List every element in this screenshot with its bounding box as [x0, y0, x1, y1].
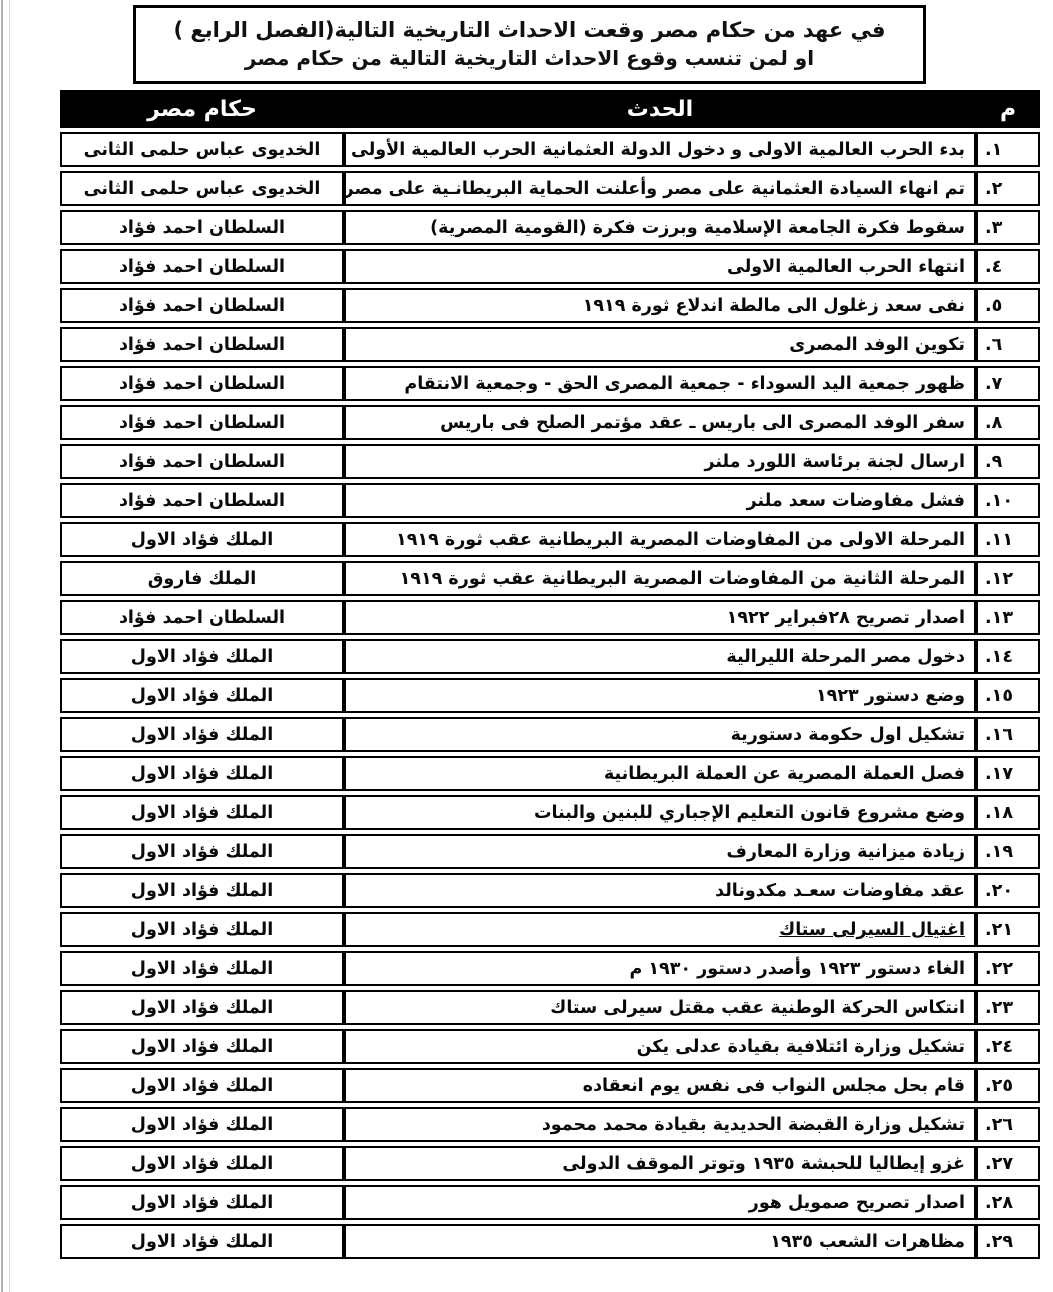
table-row: ١٦.تشكيل اول حكومة دستوريةالملك فؤاد الا… — [60, 717, 1040, 752]
table-row: ١٠.فشل مفاوضات سعد ملنرالسلطان احمد فؤاد — [60, 483, 1040, 518]
ruler-cell: السلطان احمد فؤاد — [60, 444, 344, 479]
event-cell: تشكيل وزارة القبضة الحديدية بقيادة محمد … — [344, 1107, 976, 1142]
event-cell: الغاء دستور ١٩٢٣ وأصدر دستور ١٩٣٠ م — [344, 951, 976, 986]
table-row: ١٥.وضع دستور ١٩٢٣الملك فؤاد الاول — [60, 678, 1040, 713]
table-row: ١٢.المرحلة الثانية من المفاوضات المصرية … — [60, 561, 1040, 596]
table-row: ٢٥.قام بحل مجلس النواب فى نفس يوم انعقاد… — [60, 1068, 1040, 1103]
event-cell: تشكيل وزارة ائتلافية بقيادة عدلى يكن — [344, 1029, 976, 1064]
event-cell: فشل مفاوضات سعد ملنر — [344, 483, 976, 518]
column-header-event: الحدث — [344, 90, 976, 128]
event-cell: بدء الحرب العالمية الاولى و دخول الدولة … — [344, 132, 976, 167]
event-cell: وضع مشروع قانون التعليم الإجباري للبنين … — [344, 795, 976, 830]
row-number-cell: ٢٧. — [976, 1146, 1040, 1181]
ruler-cell: الملك فؤاد الاول — [60, 1107, 344, 1142]
event-cell: انتكاس الحركة الوطنية عقب مقتل سيرلى ستا… — [344, 990, 976, 1025]
event-cell: غزو إيطاليا للحبشة ١٩٣٥ وتوتر الموقف الد… — [344, 1146, 976, 1181]
ruler-cell: الملك فؤاد الاول — [60, 1185, 344, 1220]
row-number-cell: ١٦. — [976, 717, 1040, 752]
event-cell: زيادة ميزانية وزارة المعارف — [344, 834, 976, 869]
table-row: ١٨.وضع مشروع قانون التعليم الإجباري للبن… — [60, 795, 1040, 830]
row-number-cell: ١٢. — [976, 561, 1040, 596]
ruler-cell: الملك فؤاد الاول — [60, 717, 344, 752]
table-row: ٢٧.غزو إيطاليا للحبشة ١٩٣٥ وتوتر الموقف … — [60, 1146, 1040, 1181]
table-row: ٢.تم انهاء السيادة العثمانية على مصر وأع… — [60, 171, 1040, 206]
table-row: ٢٩.مظاهرات الشعب ١٩٣٥الملك فؤاد الاول — [60, 1224, 1040, 1259]
row-number-cell: ٥. — [976, 288, 1040, 323]
event-cell: مظاهرات الشعب ١٩٣٥ — [344, 1224, 976, 1259]
row-number-cell: ٢. — [976, 171, 1040, 206]
ruler-cell: الملك فؤاد الاول — [60, 522, 344, 557]
historical-events-table: م الحدث حكام مصر ١.بدء الحرب العالمية ال… — [60, 86, 1040, 1263]
table-row: ١١.المرحلة الاولى من المفاوضات المصرية ا… — [60, 522, 1040, 557]
table-row: ٢١.اغتيال السيرلى ستاكالملك فؤاد الاول — [60, 912, 1040, 947]
row-number-cell: ٩. — [976, 444, 1040, 479]
row-number-cell: ٢٨. — [976, 1185, 1040, 1220]
event-cell: المرحلة الاولى من المفاوضات المصرية البر… — [344, 522, 976, 557]
table-row: ٢٠.عقد مفاوضات سعـد مكدونالدالملك فؤاد ا… — [60, 873, 1040, 908]
ruler-cell: السلطان احمد فؤاد — [60, 327, 344, 362]
ruler-cell: الملك فؤاد الاول — [60, 1224, 344, 1259]
ruler-cell: الخديوى عباس حلمى الثانى — [60, 132, 344, 167]
ruler-cell: الملك فؤاد الاول — [60, 990, 344, 1025]
event-cell: ارسال لجنة برئاسة اللورد ملنر — [344, 444, 976, 479]
event-cell: سفر الوفد المصرى الى باريس ـ عقد مؤتمر ا… — [344, 405, 976, 440]
table-row: ١٧.فصل العملة المصرية عن العملة البريطان… — [60, 756, 1040, 791]
event-cell: المرحلة الثانية من المفاوضات المصرية الب… — [344, 561, 976, 596]
row-number-cell: ١٨. — [976, 795, 1040, 830]
ruler-cell: الملك فؤاد الاول — [60, 834, 344, 869]
event-cell: اصدار تصريح صمويل هور — [344, 1185, 976, 1220]
ruler-cell: الخديوى عباس حلمى الثانى — [60, 171, 344, 206]
table-row: ٩.ارسال لجنة برئاسة اللورد ملنرالسلطان ا… — [60, 444, 1040, 479]
table-row: ٦.تكوين الوفد المصرىالسلطان احمد فؤاد — [60, 327, 1040, 362]
event-cell: انتهاء الحرب العالمية الاولى — [344, 249, 976, 284]
worksheet-title-box: في عهد من حكام مصر وقعت الاحداث التاريخي… — [133, 5, 926, 84]
ruler-cell: الملك فؤاد الاول — [60, 756, 344, 791]
row-number-cell: ٢١. — [976, 912, 1040, 947]
event-cell: تشكيل اول حكومة دستورية — [344, 717, 976, 752]
row-number-cell: ١٧. — [976, 756, 1040, 791]
event-cell: عقد مفاوضات سعـد مكدونالد — [344, 873, 976, 908]
row-number-cell: ٢٣. — [976, 990, 1040, 1025]
row-number-cell: ١٣. — [976, 600, 1040, 635]
table-row: ٢٢.الغاء دستور ١٩٢٣ وأصدر دستور ١٩٣٠ مال… — [60, 951, 1040, 986]
row-number-cell: ٤. — [976, 249, 1040, 284]
ruler-cell: السلطان احمد فؤاد — [60, 366, 344, 401]
ruler-cell: الملك فؤاد الاول — [60, 912, 344, 947]
row-number-cell: ٣. — [976, 210, 1040, 245]
row-number-cell: ٦. — [976, 327, 1040, 362]
ruler-cell: الملك فؤاد الاول — [60, 639, 344, 674]
row-number-cell: ١٥. — [976, 678, 1040, 713]
event-cell: تم انهاء السيادة العثمانية على مصر وأعلن… — [344, 171, 976, 206]
column-header-number: م — [976, 90, 1040, 128]
row-number-cell: ١٤. — [976, 639, 1040, 674]
page-edge-artifact — [1, 0, 10, 1292]
row-number-cell: ١. — [976, 132, 1040, 167]
ruler-cell: الملك فؤاد الاول — [60, 951, 344, 986]
row-number-cell: ٢٦. — [976, 1107, 1040, 1142]
table-row: ٢٨.اصدار تصريح صمويل هورالملك فؤاد الاول — [60, 1185, 1040, 1220]
ruler-cell: السلطان احمد فؤاد — [60, 405, 344, 440]
table-row: ٥.نفى سعد زغلول الى مالطة اندلاع ثورة ١٩… — [60, 288, 1040, 323]
row-number-cell: ٢٢. — [976, 951, 1040, 986]
row-number-cell: ١٠. — [976, 483, 1040, 518]
ruler-cell: الملك فؤاد الاول — [60, 1068, 344, 1103]
row-number-cell: ١١. — [976, 522, 1040, 557]
table-row: ٢٦.تشكيل وزارة القبضة الحديدية بقيادة مح… — [60, 1107, 1040, 1142]
ruler-cell: الملك فؤاد الاول — [60, 1029, 344, 1064]
event-cell: وضع دستور ١٩٢٣ — [344, 678, 976, 713]
table-row: ٧.ظهور جمعية اليد السوداء - جمعية المصرى… — [60, 366, 1040, 401]
row-number-cell: ٢٩. — [976, 1224, 1040, 1259]
table-header-row: م الحدث حكام مصر — [60, 90, 1040, 128]
ruler-cell: الملك فؤاد الاول — [60, 873, 344, 908]
ruler-cell: الملك فؤاد الاول — [60, 795, 344, 830]
table-row: ٢٤.تشكيل وزارة ائتلافية بقيادة عدلى يكنا… — [60, 1029, 1040, 1064]
row-number-cell: ٧. — [976, 366, 1040, 401]
row-number-cell: ٢٤. — [976, 1029, 1040, 1064]
row-number-cell: ٨. — [976, 405, 1040, 440]
ruler-cell: السلطان احمد فؤاد — [60, 210, 344, 245]
title-line-2: او لمن تنسب وقوع الاحداث التاريخية التال… — [146, 45, 913, 72]
event-cell: قام بحل مجلس النواب فى نفس يوم انعقاده — [344, 1068, 976, 1103]
ruler-cell: الملك فاروق — [60, 561, 344, 596]
event-cell: تكوين الوفد المصرى — [344, 327, 976, 362]
event-cell: دخول مصر المرحلة الليرالية — [344, 639, 976, 674]
event-cell: اغتيال السيرلى ستاك — [344, 912, 976, 947]
event-cell: اصدار تصريح ٢٨فبراير ١٩٢٢ — [344, 600, 976, 635]
table-row: ٣.سقوط فكرة الجامعة الإسلامية وبرزت فكرة… — [60, 210, 1040, 245]
ruler-cell: الملك فؤاد الاول — [60, 1146, 344, 1181]
table-row: ٤.انتهاء الحرب العالمية الاولىالسلطان اح… — [60, 249, 1040, 284]
table-row: ١٣.اصدار تصريح ٢٨فبراير ١٩٢٢السلطان احمد… — [60, 600, 1040, 635]
event-cell: سقوط فكرة الجامعة الإسلامية وبرزت فكرة (… — [344, 210, 976, 245]
table-row: ١.بدء الحرب العالمية الاولى و دخول الدول… — [60, 132, 1040, 167]
row-number-cell: ٢٥. — [976, 1068, 1040, 1103]
ruler-cell: السلطان احمد فؤاد — [60, 249, 344, 284]
row-number-cell: ١٩. — [976, 834, 1040, 869]
ruler-cell: السلطان احمد فؤاد — [60, 483, 344, 518]
ruler-cell: السلطان احمد فؤاد — [60, 288, 344, 323]
column-header-ruler: حكام مصر — [60, 90, 344, 128]
table-row: ٢٣.انتكاس الحركة الوطنية عقب مقتل سيرلى … — [60, 990, 1040, 1025]
table-row: ١٤.دخول مصر المرحلة الليراليةالملك فؤاد … — [60, 639, 1040, 674]
row-number-cell: ٢٠. — [976, 873, 1040, 908]
event-cell: فصل العملة المصرية عن العملة البريطانية — [344, 756, 976, 791]
events-table-body: ١.بدء الحرب العالمية الاولى و دخول الدول… — [60, 132, 1040, 1259]
title-line-1: في عهد من حكام مصر وقعت الاحداث التاريخي… — [146, 15, 913, 45]
event-cell: نفى سعد زغلول الى مالطة اندلاع ثورة ١٩١٩ — [344, 288, 976, 323]
ruler-cell: الملك فؤاد الاول — [60, 678, 344, 713]
event-cell: ظهور جمعية اليد السوداء - جمعية المصرى ا… — [344, 366, 976, 401]
ruler-cell: السلطان احمد فؤاد — [60, 600, 344, 635]
table-row: ٨.سفر الوفد المصرى الى باريس ـ عقد مؤتمر… — [60, 405, 1040, 440]
table-row: ١٩.زيادة ميزانية وزارة المعارفالملك فؤاد… — [60, 834, 1040, 869]
